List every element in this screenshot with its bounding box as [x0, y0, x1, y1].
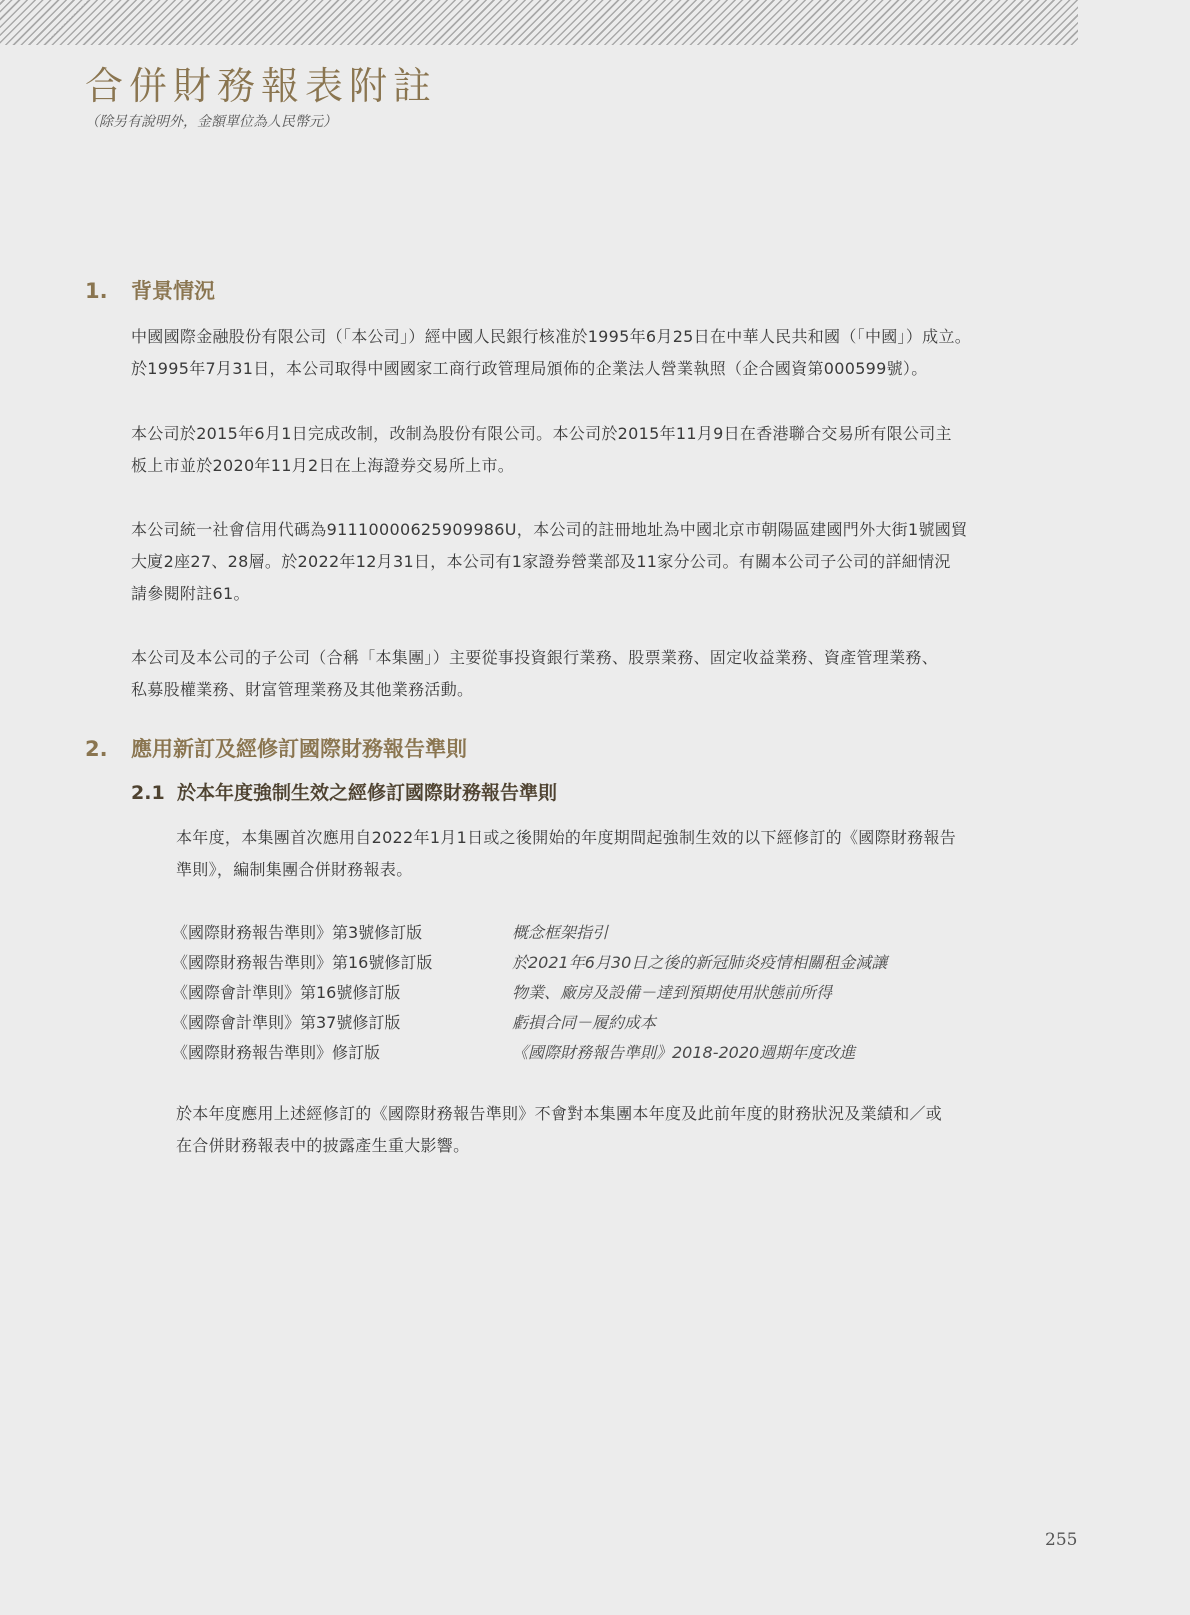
page-number: 255 [1045, 1530, 1077, 1550]
paragraph-background-1: 中國國際金融股份有限公司（「本公司」）經中國人民銀行核准於1995年6月25日在… [131, 321, 1079, 385]
paragraph-background-2: 本公司於2015年6月1日完成改制，改制為股份有限公司。本公司於2015年11月… [131, 418, 1079, 482]
paragraph-line: 本公司及本公司的子公司（合稱「本集團」）主要從事投資銀行業務、股票業務、固定收益… [131, 642, 1079, 674]
decorative-stripe-band [0, 0, 1078, 45]
standard-description: 於2021年6月30日之後的新冠肺炎疫情相關租金減讓 [512, 948, 887, 978]
paragraph-line: 私募股權業務、財富管理業務及其他業務活動。 [131, 674, 1079, 706]
paragraph-line: 本公司統一社會信用代碼為91110000625909986U，本公司的註冊地址為… [131, 514, 1079, 546]
paragraph-line: 準則》，編制集團合併財務報表。 [176, 854, 1079, 886]
paragraph-line: 請參閱附註61。 [131, 578, 1079, 610]
page-title: 合併財務報表附註 [85, 62, 437, 110]
paragraph-line: 中國國際金融股份有限公司（「本公司」）經中國人民銀行核准於1995年6月25日在… [131, 321, 1079, 353]
standard-description: 概念框架指引 [512, 918, 608, 948]
paragraph-line: 於1995年7月31日，本公司取得中國國家工商行政管理局頒佈的企業法人營業執照（… [131, 353, 1079, 385]
paragraph-line: 本公司於2015年6月1日完成改制，改制為股份有限公司。本公司於2015年11月… [131, 418, 1079, 450]
paragraph-line: 大廈2座27、28層。於2022年12月31日，本公司有1家證券營業部及11家分… [131, 546, 1079, 578]
paragraph-line: 本年度，本集團首次應用自2022年1月1日或之後開始的年度期間起強制生效的以下經… [176, 822, 1079, 854]
standard-row: 《國際財務報告準則》第16號修訂版 於2021年6月30日之後的新冠肺炎疫情相關… [172, 948, 887, 978]
section-number: 2. [85, 735, 131, 763]
section-number: 1. [85, 277, 131, 305]
standard-name: 《國際財務報告準則》第3號修訂版 [172, 918, 512, 948]
standard-name: 《國際會計準則》第16號修訂版 [172, 978, 512, 1008]
subsection-conclusion-paragraph: 於本年度應用上述經修訂的《國際財務報告準則》不會對本集團本年度及此前年度的財務狀… [176, 1098, 1079, 1162]
section-heading-1: 1.背景情況 [85, 277, 215, 305]
subsection-intro-paragraph: 本年度，本集團首次應用自2022年1月1日或之後開始的年度期間起強制生效的以下經… [176, 822, 1079, 886]
standard-description: 《國際財務報告準則》2018-2020週期年度改進 [512, 1038, 855, 1068]
standard-row: 《國際財務報告準則》第3號修訂版 概念框架指引 [172, 918, 887, 948]
paragraph-line: 於本年度應用上述經修訂的《國際財務報告準則》不會對本集團本年度及此前年度的財務狀… [176, 1098, 1079, 1130]
standard-name: 《國際財務報告準則》第16號修訂版 [172, 948, 512, 978]
section-heading-2: 2.應用新訂及經修訂國際財務報告準則 [85, 735, 467, 763]
subsection-heading-2-1: 2.1於本年度強制生效之經修訂國際財務報告準則 [131, 780, 557, 806]
paragraph-background-3: 本公司統一社會信用代碼為91110000625909986U，本公司的註冊地址為… [131, 514, 1079, 610]
standard-name: 《國際財務報告準則》修訂版 [172, 1038, 512, 1068]
standard-description: 虧損合同－履約成本 [512, 1008, 656, 1038]
standard-description: 物業、廠房及設備－達到預期使用狀態前所得 [512, 978, 832, 1008]
section-title: 背景情況 [131, 279, 215, 303]
paragraph-background-4: 本公司及本公司的子公司（合稱「本集團」）主要從事投資銀行業務、股票業務、固定收益… [131, 642, 1079, 706]
paragraph-line: 板上市並於2020年11月2日在上海證券交易所上市。 [131, 450, 1079, 482]
standard-row: 《國際會計準則》第37號修訂版 虧損合同－履約成本 [172, 1008, 887, 1038]
standard-row: 《國際會計準則》第16號修訂版 物業、廠房及設備－達到預期使用狀態前所得 [172, 978, 887, 1008]
section-title: 應用新訂及經修訂國際財務報告準則 [131, 737, 467, 761]
subsection-number: 2.1 [131, 780, 177, 806]
subsection-title: 於本年度強制生效之經修訂國際財務報告準則 [177, 782, 557, 804]
standard-row: 《國際財務報告準則》修訂版 《國際財務報告準則》2018-2020週期年度改進 [172, 1038, 887, 1068]
amended-standards-list: 《國際財務報告準則》第3號修訂版 概念框架指引 《國際財務報告準則》第16號修訂… [172, 918, 887, 1068]
standard-name: 《國際會計準則》第37號修訂版 [172, 1008, 512, 1038]
paragraph-line: 在合併財務報表中的披露產生重大影響。 [176, 1130, 1079, 1162]
page-subtitle: （除另有說明外，金額單位為人民幣元） [85, 112, 337, 132]
